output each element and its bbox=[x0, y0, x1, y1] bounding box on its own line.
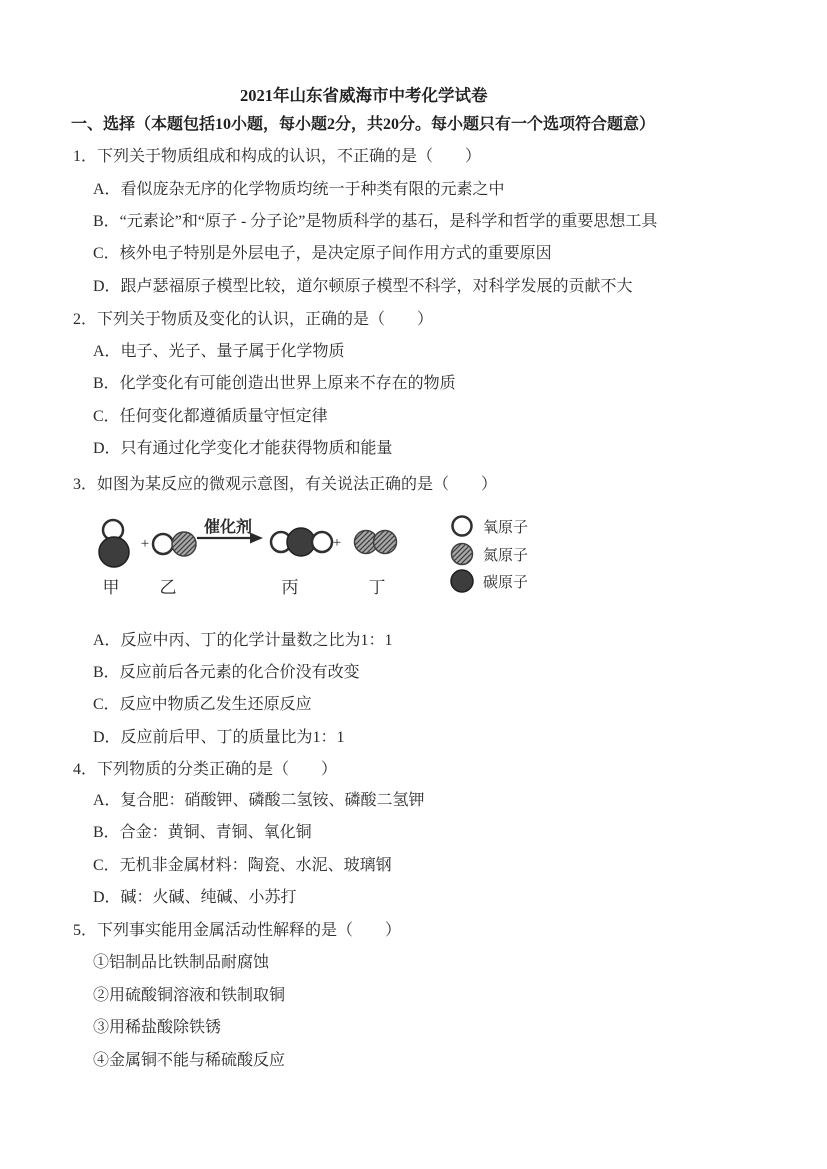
molecule-jia bbox=[99, 520, 129, 567]
question-5-item-2: ②用硫酸铜溶液和铁制取铜 bbox=[93, 986, 285, 1006]
question-3-option-d: D．反应前后甲、丁的质量比为1：1 bbox=[93, 728, 345, 748]
question-3-option-b: B．反应前后各元素的化合价没有改变 bbox=[93, 663, 360, 683]
question-1-stem: 1．下列关于物质组成和构成的认识，不正确的是（ ） bbox=[73, 147, 481, 167]
question-1-option-d: D．跟卢瑟福原子模型比较，道尔顿原子模型不科学，对科学发展的贡献不大 bbox=[93, 277, 633, 297]
question-5-item-4: ④金属铜不能与稀硫酸反应 bbox=[93, 1051, 285, 1071]
nitrogen-legend-label: 氮原子 bbox=[483, 547, 528, 564]
question-2-option-a: A．电子、光子、量子属于化学物质 bbox=[93, 342, 345, 362]
molecule-ding bbox=[355, 531, 397, 554]
label-bing: 丙 bbox=[282, 578, 299, 597]
question-5-item-1: ①铝制品比铁制品耐腐蚀 bbox=[93, 953, 269, 973]
nitrogen-atom-icon bbox=[172, 532, 196, 556]
question-1-option-c: C．核外电子特别是外层电子，是决定原子间作用方式的重要原因 bbox=[93, 244, 552, 264]
molecule-yi bbox=[153, 532, 196, 556]
question-4-option-d: D．碱：火碱、纯碱、小苏打 bbox=[93, 888, 297, 908]
oxygen-legend-label: 氧原子 bbox=[483, 519, 528, 536]
question-4-option-c: C．无机非金属材料：陶瓷、水泥、玻璃钢 bbox=[93, 856, 392, 876]
question-1-option-b: B．“元素论”和“原子 - 分子论”是物质科学的基石，是科学和哲学的重要思想工具 bbox=[93, 212, 657, 232]
question-4-option-b: B．合金：黄铜、青铜、氧化铜 bbox=[93, 823, 312, 843]
nitrogen-atom-icon bbox=[374, 531, 397, 554]
carbon-legend-icon bbox=[451, 570, 473, 592]
oxygen-legend-icon bbox=[453, 517, 472, 536]
question-2-option-c: C．任何变化都遵循质量守恒定律 bbox=[93, 407, 328, 427]
label-yi: 乙 bbox=[160, 578, 177, 597]
question-3-option-a: A．反应中丙、丁的化学计量数之比为1：1 bbox=[93, 631, 393, 651]
carbon-legend-label: 碳原子 bbox=[483, 574, 528, 591]
plus-sign: + bbox=[333, 535, 341, 551]
question-4-stem: 4．下列物质的分类正确的是（ ） bbox=[73, 760, 337, 780]
page-title: 2021年山东省威海市中考化学试卷 bbox=[240, 86, 488, 106]
question-5-stem: 5．下列事实能用金属活动性解释的是（ ） bbox=[73, 921, 401, 941]
plus-sign: + bbox=[141, 536, 149, 552]
catalyst-label: 催化剂 bbox=[204, 517, 252, 536]
label-ding: 丁 bbox=[369, 578, 386, 597]
section-heading: 一、选择（本题包括10小题，每小题2分，共20分。每小题只有一个选项符合题意） bbox=[71, 115, 655, 135]
question-2-option-d: D．只有通过化学变化才能获得物质和能量 bbox=[93, 439, 393, 459]
atom-legend: 氧原子 氮原子 碳原子 bbox=[451, 517, 528, 593]
oxygen-atom-icon bbox=[312, 532, 332, 552]
label-jia: 甲 bbox=[103, 578, 120, 597]
molecule-bing bbox=[271, 528, 332, 556]
nitrogen-legend-icon bbox=[452, 544, 473, 565]
question-4-option-a: A．复合肥：硝酸钾、磷酸二氢铵、磷酸二氢钾 bbox=[93, 791, 425, 811]
exam-page: 2021年山东省威海市中考化学试卷 一、选择（本题包括10小题，每小题2分，共2… bbox=[0, 0, 827, 1169]
question-2-option-b: B．化学变化有可能创造出世界上原来不存在的物质 bbox=[93, 374, 456, 394]
question-3-stem: 3．如图为某反应的微观示意图，有关说法正确的是（ ） bbox=[73, 475, 497, 495]
oxygen-atom-icon bbox=[153, 534, 173, 554]
carbon-atom-icon bbox=[99, 537, 129, 567]
question-2-stem: 2．下列关于物质及变化的认识，正确的是（ ） bbox=[73, 310, 433, 330]
reaction-micro-diagram: + 催化剂 + 甲 乙 丙 丁 氧原 bbox=[95, 505, 565, 607]
question-3-option-c: C．反应中物质乙发生还原反应 bbox=[93, 695, 312, 715]
question-1-option-a: A．看似庞杂无序的化学物质均统一于种类有限的元素之中 bbox=[93, 180, 505, 200]
question-5-item-3: ③用稀盐酸除铁锈 bbox=[93, 1018, 221, 1038]
